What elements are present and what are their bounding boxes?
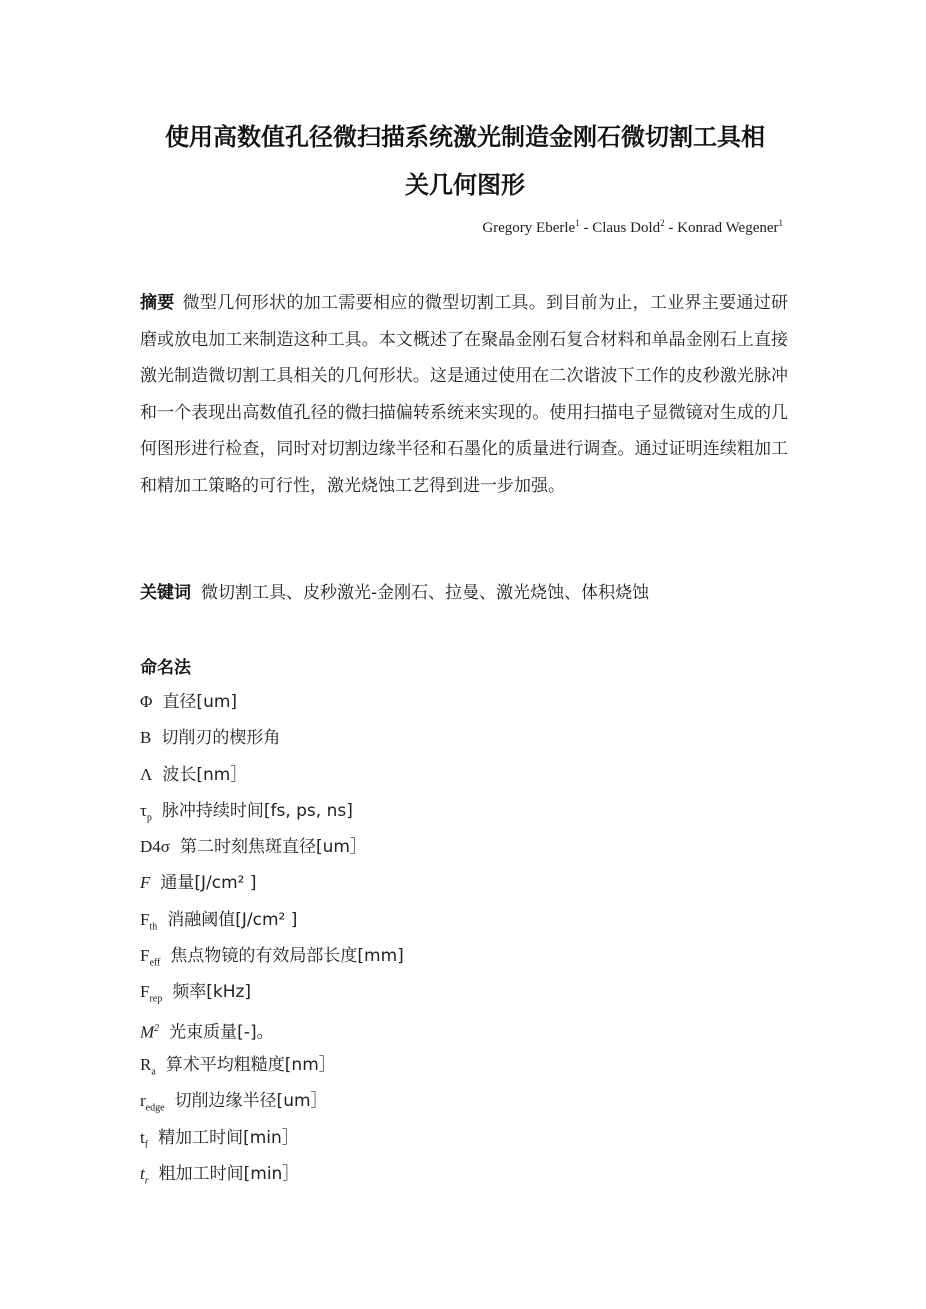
nomenclature-item: F通量[J/cm² ] <box>140 869 404 905</box>
symbol: D4σ <box>140 833 170 861</box>
nomenclature-item: B切削刃的楔形角 <box>140 724 404 760</box>
nomenclature-item: tr粗加工时间[min］ <box>140 1160 404 1196</box>
nomenclature-item: Λ波长[nm］ <box>140 761 404 797</box>
nomenclature-item: Frep频率[kHz] <box>140 978 404 1014</box>
paper-title-line-2: 关几何图形 <box>140 170 790 200</box>
symbol: B <box>140 724 151 752</box>
nomenclature-item: Fth消融阈值[J/cm² ] <box>140 906 404 942</box>
definition: 算术平均粗糙度[nm］ <box>166 1055 336 1075</box>
symbol: tr <box>140 1160 149 1195</box>
definition: 波长[nm］ <box>162 765 247 785</box>
author-separator: - <box>665 220 678 236</box>
author-name: Claus Dold <box>592 220 660 236</box>
definition: 粗加工时间[min］ <box>159 1164 300 1184</box>
keywords-label: 关键词 <box>140 583 191 603</box>
nomenclature-item: D4σ第二时刻焦斑直径[um］ <box>140 833 404 869</box>
symbol: redge <box>140 1087 165 1122</box>
author-name: Konrad Wegener <box>677 220 778 236</box>
symbol: Feff <box>140 942 160 977</box>
definition: 直径[um] <box>162 692 237 712</box>
nomenclature-heading: 命名法 <box>140 653 191 678</box>
definition: 通量[J/cm² ] <box>160 873 256 893</box>
author-affiliation: 1 <box>575 218 580 228</box>
symbol: Frep <box>140 978 162 1013</box>
definition: 消融阈值[J/cm² ] <box>167 910 297 930</box>
symbol: τp <box>140 797 152 832</box>
nomenclature-list: Φ直径[um] B切削刃的楔形角 Λ波长[nm］ τp脉冲持续时间[fs, ps… <box>140 688 404 1196</box>
nomenclature-item: τp脉冲持续时间[fs, ps, ns] <box>140 797 404 833</box>
definition: 第二时刻焦斑直径[um］ <box>180 837 367 857</box>
abstract: 摘要微型几何形状的加工需要相应的微型切割工具。到目前为止，工业界主要通过研磨或放… <box>140 285 788 504</box>
abstract-label: 摘要 <box>140 293 175 313</box>
nomenclature-item: redge切削边缘半径[um］ <box>140 1087 404 1123</box>
definition: 光束质量[-]。 <box>169 1022 273 1042</box>
definition: 脉冲持续时间[fs, ps, ns] <box>162 801 353 821</box>
symbol: Ra <box>140 1051 156 1086</box>
symbol: F <box>140 869 150 897</box>
paper-title-line-1: 使用高数值孔径微扫描系统激光制造金刚石微切割工具相 <box>140 122 790 152</box>
definition: 焦点物镜的有效局部长度[mm] <box>170 946 403 966</box>
nomenclature-item: Φ直径[um] <box>140 688 404 724</box>
author-list: Gregory Eberle1 - Claus Dold2 - Konrad W… <box>482 218 783 237</box>
abstract-text: 微型几何形状的加工需要相应的微型切割工具。到目前为止，工业界主要通过研磨或放电加… <box>140 293 788 496</box>
nomenclature-item: Feff焦点物镜的有效局部长度[mm] <box>140 942 404 978</box>
definition: 频率[kHz] <box>172 982 251 1002</box>
symbol: Λ <box>140 761 152 789</box>
symbol: Φ <box>140 688 152 716</box>
symbol: tf <box>140 1124 148 1159</box>
document-page: 使用高数值孔径微扫描系统激光制造金刚石微切割工具相 关几何图形 Gregory … <box>0 0 926 1309</box>
definition: 精加工时间[min］ <box>158 1128 299 1148</box>
keywords: 关键词微切割工具、皮秒激光-金刚石、拉曼、激光烧蚀、体积烧蚀 <box>140 578 649 603</box>
author-separator: - <box>583 220 592 236</box>
symbol: Fth <box>140 906 157 941</box>
nomenclature-item: Ra算术平均粗糙度[nm］ <box>140 1051 404 1087</box>
symbol: M2 <box>140 1015 159 1047</box>
author-affiliation: 1 <box>779 218 784 228</box>
keywords-text: 微切割工具、皮秒激光-金刚石、拉曼、激光烧蚀、体积烧蚀 <box>201 583 649 603</box>
nomenclature-item: tf精加工时间[min］ <box>140 1124 404 1160</box>
definition: 切削边缘半径[um］ <box>175 1091 328 1111</box>
nomenclature-item: M2光束质量[-]。 <box>140 1015 404 1051</box>
author-name: Gregory Eberle <box>482 220 575 236</box>
definition: 切削刃的楔形角 <box>161 728 280 748</box>
